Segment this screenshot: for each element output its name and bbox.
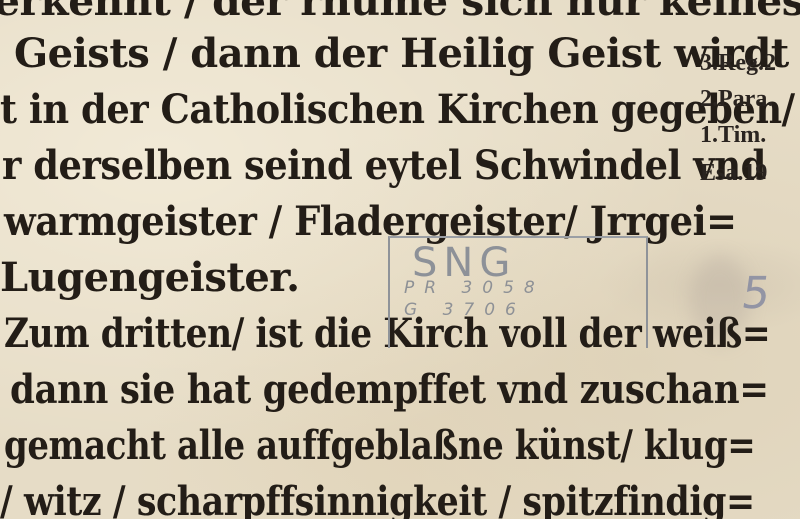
text-line-4: r derselben seind eytel Schwindel vnd	[2, 142, 766, 189]
text-line-2: Geists / dann der Heilig Geist wirdt	[14, 30, 789, 77]
text-line-8: dann sie hat gedempffet vnd zuschan=	[10, 366, 769, 413]
margin-note-4: Esa.19	[700, 160, 767, 187]
margin-note-3: 1.Tim.	[700, 122, 766, 149]
text-line-10: / witz / scharpffsinnigkeit / spitzfindi…	[0, 478, 755, 519]
library-stamp: SNG PR 3058 G 3706	[388, 236, 648, 348]
stamp-code-line-2: G 3706	[404, 300, 526, 320]
text-line-3: t in der Catholischen Kirchen gegeben/	[0, 86, 795, 133]
text-line-9: gemacht alle auffgeblaßne künst/ klug=	[4, 422, 755, 469]
scanned-page: erkennt / der rhůme sich nur keines hey=…	[0, 0, 800, 519]
text-line-1: erkennt / der rhůme sich nur keines hey=	[0, 0, 800, 25]
stamp-code-line-1: PR 3058	[404, 278, 545, 298]
text-line-6: Lugengeister.	[0, 254, 300, 301]
margin-note-1: 3.Reg.2	[700, 50, 776, 77]
margin-note-2: 2.Para.	[700, 86, 773, 113]
